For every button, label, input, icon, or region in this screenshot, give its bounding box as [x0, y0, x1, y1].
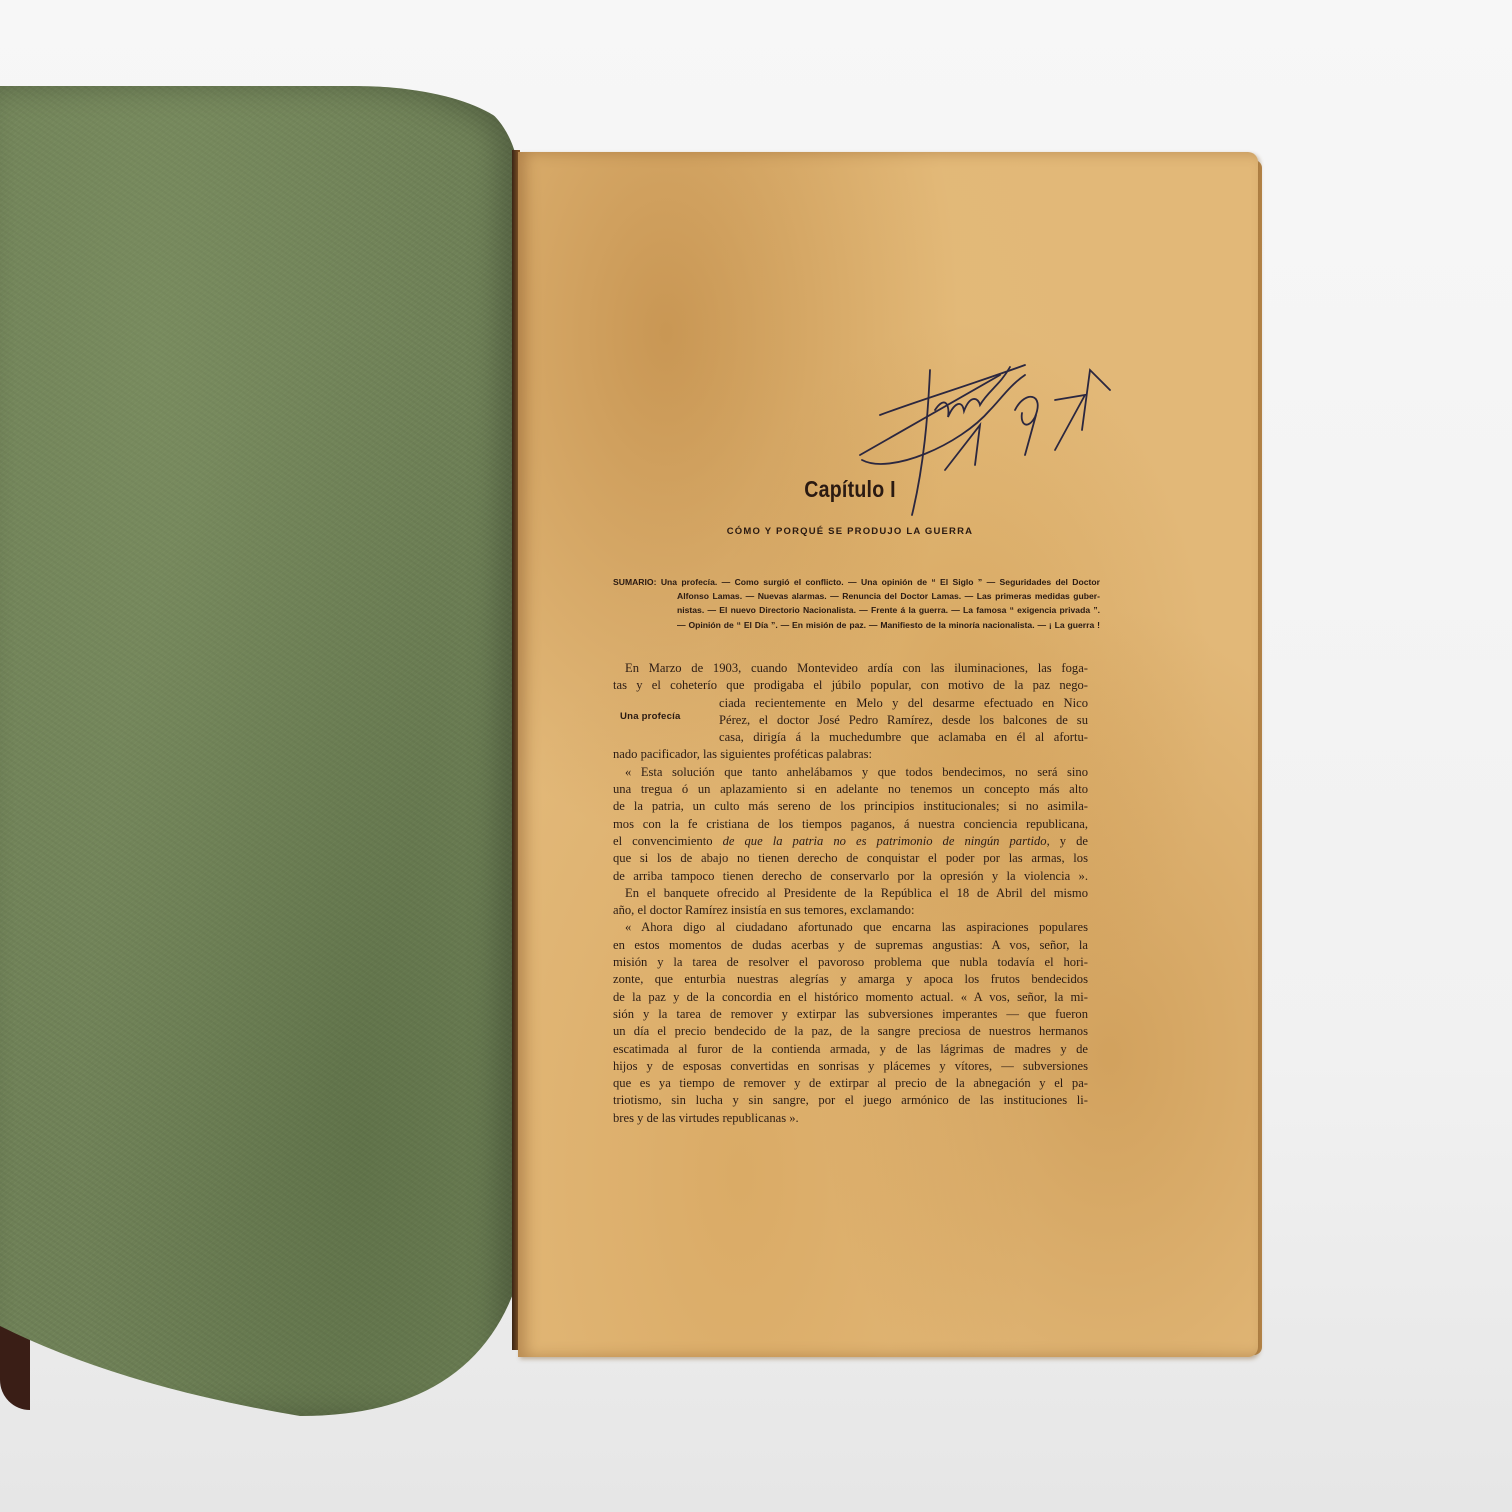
- chapter-title: Capítulo I: [638, 476, 1063, 503]
- text-line: que es ya tiempo de remover y de extirpa…: [613, 1075, 1088, 1092]
- text-line-with-italic: el convencimiento de que la patria no es…: [613, 833, 1088, 850]
- summary-line: — Opinión de “ El Día ”. — En misión de …: [613, 618, 1100, 632]
- text-line: escatimada al furor de la contienda arma…: [613, 1041, 1088, 1058]
- text-line: en estos momentos de dudas acerbas y de …: [613, 937, 1088, 954]
- text-line: tas y el coheterío que prodigaba el júbi…: [613, 677, 1088, 694]
- text-line: que si los de abajo no tienen derecho de…: [613, 850, 1088, 867]
- text-line: misión y la tarea de resolver el pavoros…: [613, 954, 1088, 971]
- text-line: triotismo, sin lucha y sin sangre, por e…: [613, 1092, 1088, 1109]
- text-line: nado pacificador, las siguientes proféti…: [613, 746, 1088, 763]
- italic-phrase: de que la patria no es patrimonio de nin…: [723, 834, 1047, 848]
- text-line: de arriba tampoco tienen derecho de cons…: [613, 868, 1088, 885]
- text-line: zonte, que enturbia nuestras alegrías y …: [613, 971, 1088, 988]
- text-line: « Esta solución que tanto anhelábamos y …: [613, 764, 1088, 781]
- text-line: « Ahora digo al ciudadano afortunado que…: [613, 919, 1088, 936]
- text-line: sión y la tarea de remover y extirpar la…: [613, 1006, 1088, 1023]
- chapter-subtitle: CÓMO Y PORQUÉ SE PRODUJO LA GUERRA: [600, 526, 1100, 537]
- text-line: ciada recientemente en Melo y del desarm…: [613, 695, 1088, 712]
- summary-line: Alfonso Lamas. — Nuevas alarmas. — Renun…: [613, 589, 1100, 603]
- text-line: de la paz y de la concordia en el histór…: [613, 989, 1088, 1006]
- text-line: hijos y de esposas convertidas en sonris…: [613, 1058, 1088, 1075]
- text-line: una tregua ó un aplazamiento si en adela…: [613, 781, 1088, 798]
- text-line: casa, dirigía á la muchedumbre que aclam…: [613, 729, 1088, 746]
- text-line: un día el precio bendecido de la paz, de…: [613, 1023, 1088, 1040]
- chapter-summary: SUMARIO: Una profecía. — Como surgió el …: [613, 575, 1100, 632]
- green-book-cover: [0, 86, 516, 1416]
- summary-line: SUMARIO: Una profecía. — Como surgió el …: [613, 575, 1100, 589]
- summary-line: nistas. — El nuevo Directorio Nacionalis…: [613, 603, 1100, 617]
- text-line: bres y de las virtudes republicanas ».: [613, 1110, 1088, 1127]
- text-line: En Marzo de 1903, cuando Montevideo ardí…: [613, 660, 1088, 677]
- text-line: mos con la fe cristiana de los tiempos p…: [613, 816, 1088, 833]
- text-line: de la patria, un culto más sereno de los…: [613, 798, 1088, 815]
- text-line: año, el doctor Ramírez insistía en sus t…: [613, 902, 1088, 919]
- text-line: En el banquete ofrecido al Presidente de…: [613, 885, 1088, 902]
- body-text: En Marzo de 1903, cuando Montevideo ardí…: [613, 660, 1088, 1127]
- text-line: Pérez, el doctor José Pedro Ramírez, des…: [613, 712, 1088, 729]
